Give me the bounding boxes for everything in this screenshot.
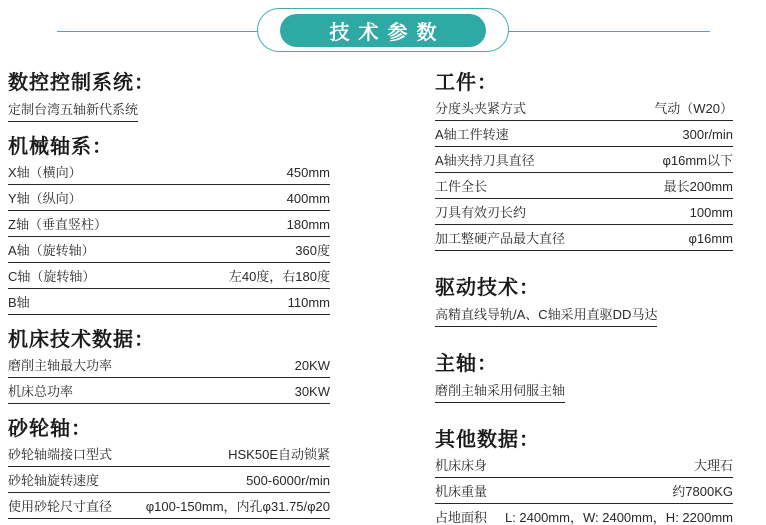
section-heading: 机械轴系： — [8, 136, 330, 158]
spec-row: 砂轮轴端接口型式HSK50E自动锁紧 — [8, 447, 330, 467]
spec-label: Z轴（垂直竖柱） — [8, 217, 107, 233]
spec-label: 机床重量 — [435, 484, 487, 500]
spec-value: 大理石 — [682, 458, 733, 474]
section-heading: 主轴： — [435, 353, 733, 375]
spec-value: 180mm — [275, 217, 330, 233]
spec-value: 最长200mm — [652, 179, 733, 195]
spec-row: 刀具有效刃长约100mm — [435, 205, 733, 225]
spec-value: φ16mm以下 — [650, 153, 733, 169]
spec-label: 高精直线导轨/A、C轴采用直驱DD马达 — [435, 307, 657, 323]
spec-value: 左40度，右180度 — [217, 269, 330, 285]
spec-row: A轴夹持刀具直径φ16mm以下 — [435, 153, 733, 173]
spec-label: 机床总功率 — [8, 384, 73, 400]
left-column: 数控控制系统：定制台湾五轴新代系统机械轴系：X轴（横向）450mmY轴（纵向）4… — [8, 72, 330, 525]
spec-label: 磨削主轴最大功率 — [8, 358, 112, 374]
spec-row: 定制台湾五轴新代系统 — [8, 102, 138, 122]
spec-row: 磨削主轴采用伺服主轴 — [435, 383, 565, 403]
spec-label: A轴夹持刀具直径 — [435, 153, 535, 169]
spec-value: HSK50E自动锁紧 — [216, 447, 330, 463]
spec-value: 100mm — [678, 205, 733, 221]
spec-label: 分度头夹紧方式 — [435, 101, 526, 117]
spec-row: 机床床身大理石 — [435, 458, 733, 478]
spec-row: B轴110mm — [8, 295, 330, 315]
spec-row: 高精直线导轨/A、C轴采用直驱DD马达 — [435, 307, 657, 327]
spec-label: A轴工件转速 — [435, 127, 509, 143]
header-line-right — [508, 31, 710, 32]
page-header: 技术参数 — [0, 0, 766, 62]
spec-section: 数控控制系统：定制台湾五轴新代系统 — [8, 72, 330, 122]
spec-row: C轴（旋转轴）左40度，右180度 — [8, 269, 330, 289]
spec-label: 砂轮轴旋转速度 — [8, 473, 99, 489]
spec-label: 加工整硬产品最大直径 — [435, 231, 565, 247]
spec-value: 450mm — [275, 165, 330, 181]
spec-row: X轴（横向）450mm — [8, 165, 330, 185]
spec-value: 20KW — [283, 358, 330, 374]
spec-row: 工件全长最长200mm — [435, 179, 733, 199]
spec-label: 刀具有效刃长约 — [435, 205, 526, 221]
spec-section: 驱动技术：高精直线导轨/A、C轴采用直驱DD马达 — [435, 277, 733, 327]
spec-value: 约7800KG — [660, 484, 733, 500]
spec-row: 占地面积L: 2400mm，W: 2400mm，H: 2200mm — [435, 510, 733, 525]
spec-label: 工件全长 — [435, 179, 487, 195]
section-heading: 工件： — [435, 72, 733, 94]
spec-row: Y轴（纵向）400mm — [8, 191, 330, 211]
spec-row: 磨削主轴最大功率20KW — [8, 358, 330, 378]
section-heading: 机床技术数据： — [8, 329, 330, 351]
spec-row: 砂轮轴旋转速度500-6000r/min — [8, 473, 330, 493]
spec-section: 砂轮轴：砂轮轴端接口型式HSK50E自动锁紧砂轮轴旋转速度500-6000r/m… — [8, 418, 330, 519]
spec-label: 磨削主轴采用伺服主轴 — [435, 383, 565, 399]
spec-value: φ16mm — [676, 231, 733, 247]
spec-label: C轴（旋转轴） — [8, 269, 95, 285]
tech-specs-page: 技术参数 数控控制系统：定制台湾五轴新代系统机械轴系：X轴（横向）450mmY轴… — [0, 0, 766, 525]
spec-row: 机床总功率30KW — [8, 384, 330, 404]
spec-value: 110mm — [276, 295, 330, 311]
section-heading: 其他数据： — [435, 429, 733, 451]
spec-value: 300r/min — [670, 127, 733, 143]
spec-value: 500-6000r/min — [234, 473, 330, 489]
spec-value: L: 2400mm，W: 2400mm，H: 2200mm — [493, 510, 733, 525]
spec-label: Y轴（纵向） — [8, 191, 82, 207]
spec-section: 主轴：磨削主轴采用伺服主轴 — [435, 353, 733, 403]
spec-label: 机床床身 — [435, 458, 487, 474]
section-heading: 驱动技术： — [435, 277, 733, 299]
section-heading: 砂轮轴： — [8, 418, 330, 440]
spec-label: A轴（旋转轴） — [8, 243, 95, 259]
spec-value: 气动（W20） — [642, 101, 733, 117]
spec-value: 30KW — [283, 384, 330, 400]
title-badge-outline: 技术参数 — [257, 8, 509, 52]
spec-label: 使用砂轮尺寸直径 — [8, 499, 112, 515]
spec-columns: 数控控制系统：定制台湾五轴新代系统机械轴系：X轴（横向）450mmY轴（纵向）4… — [0, 72, 766, 525]
spec-value: 360度 — [283, 243, 330, 259]
spec-value: 400mm — [275, 191, 330, 207]
spec-label: B轴 — [8, 295, 30, 311]
spec-section: 其他数据：机床床身大理石机床重量约7800KG占地面积L: 2400mm，W: … — [435, 429, 733, 525]
section-heading: 数控控制系统： — [8, 72, 330, 94]
spec-value: φ100-150mm，内孔φ31.75/φ20 — [134, 499, 330, 515]
spec-label: 占地面积 — [435, 510, 487, 525]
spec-row: A轴工件转速300r/min — [435, 127, 733, 147]
spec-section: 机床技术数据：磨削主轴最大功率20KW机床总功率30KW — [8, 329, 330, 404]
page-title: 技术参数 — [280, 14, 486, 47]
header-line-left — [57, 31, 259, 32]
spec-row: 机床重量约7800KG — [435, 484, 733, 504]
spec-row: Z轴（垂直竖柱）180mm — [8, 217, 330, 237]
spec-section: 机械轴系：X轴（横向）450mmY轴（纵向）400mmZ轴（垂直竖柱）180mm… — [8, 136, 330, 315]
right-column: 工件：分度头夹紧方式气动（W20）A轴工件转速300r/minA轴夹持刀具直径φ… — [435, 72, 733, 525]
spec-label: X轴（横向） — [8, 165, 82, 181]
spec-label: 砂轮轴端接口型式 — [8, 447, 112, 463]
spec-row: A轴（旋转轴）360度 — [8, 243, 330, 263]
spec-section: 工件：分度头夹紧方式气动（W20）A轴工件转速300r/minA轴夹持刀具直径φ… — [435, 72, 733, 251]
spec-row: 分度头夹紧方式气动（W20） — [435, 101, 733, 121]
spec-row: 使用砂轮尺寸直径φ100-150mm，内孔φ31.75/φ20 — [8, 499, 330, 519]
spec-row: 加工整硬产品最大直径φ16mm — [435, 231, 733, 251]
spec-label: 定制台湾五轴新代系统 — [8, 102, 138, 118]
